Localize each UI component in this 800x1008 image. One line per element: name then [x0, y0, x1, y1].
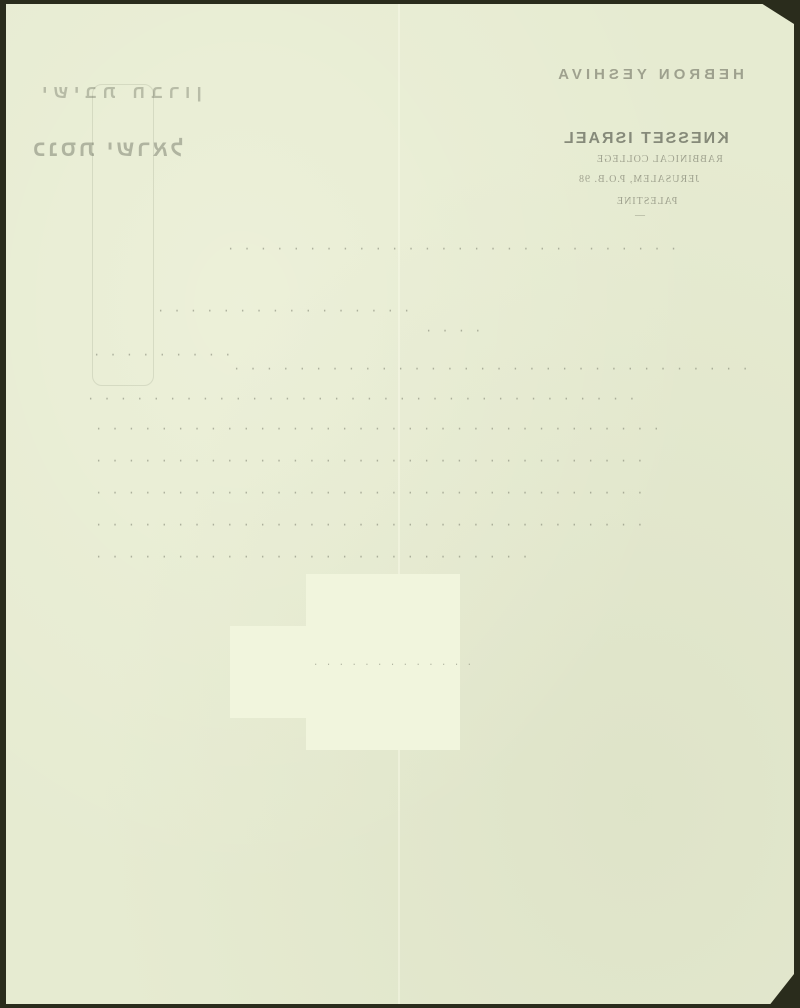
- letterhead-line4: —: [634, 210, 645, 221]
- body-line: · · · · · · · · · · · · · · · · · · · · …: [86, 392, 635, 406]
- fold-crease: [398, 4, 400, 1004]
- left-letterhead-arc: ישיבת חברון: [36, 82, 202, 103]
- body-line: · · · · · · · · · · · · · · · · · · · · …: [94, 422, 660, 436]
- left-letterhead-name: כנסת ישראל: [30, 136, 183, 162]
- body-line: · · · ·: [424, 324, 481, 338]
- body-line: · · · · · · · · · · · · · · · ·: [156, 304, 410, 318]
- body-line: · · · · · · · · · · · · · · · · · · · · …: [226, 242, 677, 256]
- body-line: · · · · · · · · · · · · · · · · · · · · …: [94, 518, 643, 532]
- body-line: · · · · · · · · · · · · · · · · · · · · …: [232, 362, 749, 376]
- body-line: · · · · · · · · ·: [92, 348, 231, 362]
- letterhead-line3: PALESTINE: [616, 196, 677, 207]
- letterhead-line2: JERUSALEM, P.O.B. 98: [578, 174, 699, 185]
- document-page: HEBRON YESHIVA KNESSET ISRAEL RABBINICAL…: [6, 4, 794, 1004]
- body-line: · · · · · · · · · · · · · · · · · · · · …: [94, 550, 529, 564]
- body-line: · · · · · · · · · · · · · · · · · · · · …: [94, 486, 643, 500]
- body-line: · · · · · · · · · · · · · · · · · · · · …: [94, 454, 643, 468]
- letterhead-arc: HEBRON YESHIVA: [554, 66, 744, 83]
- watermark-seal: [92, 84, 154, 386]
- letterhead-line1: RABBINICAL COLLEGE: [596, 154, 723, 165]
- letterhead-name: KNESSET ISRAEL: [562, 130, 729, 148]
- stamp-text: · · · · · · · · · · · · ·: [312, 660, 472, 670]
